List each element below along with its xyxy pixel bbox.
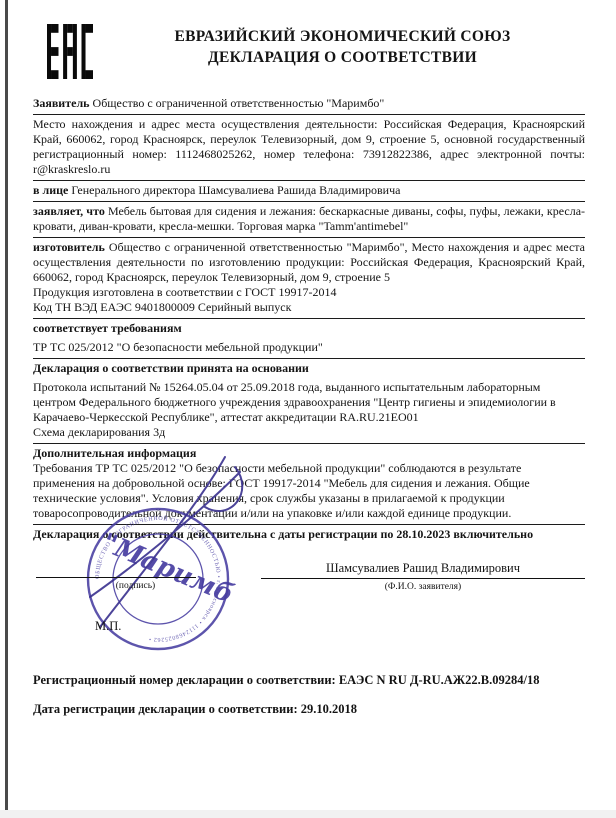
registration-date: Дата регистрации декларации о соответств… [33,702,585,717]
row-declares: заявляет, что Мебель бытовая для сидения… [33,202,585,238]
document-body: Заявитель Общество с ограниченной ответс… [33,94,585,661]
manufacturer-value: Общество с ограниченной ответственностью… [33,240,585,284]
row-validity: Декларация о соответствии действительна … [33,525,585,545]
row-applicant-address: Место нахождения и адрес места осуществл… [33,115,585,181]
complies-heading: соответствует требованиям [33,321,585,336]
declaration-document-page: ЕВРАЗИЙСКИЙ ЭКОНОМИЧЕСКИЙ СОЮЗ ДЕКЛАРАЦИ… [0,0,616,818]
additional-info-value: Требования ТР ТС 025/2012 "О безопасност… [33,461,585,521]
row-manufacturer: изготовитель Общество с ограниченной отв… [33,238,585,319]
declares-value: Мебель бытовая для сидения и лежания: бе… [33,204,585,233]
scan-left-edge [5,0,8,818]
title-declaration: ДЕКЛАРАЦИЯ О СООТВЕТСТВИИ [100,47,585,68]
person-label: в лице [33,183,68,197]
applicant-name-block: Шамсувалиев Рашид Владимирович (Ф.И.О. з… [261,561,585,595]
registration-footer: Регистрационный номер декларации о соотв… [33,673,585,717]
row-additional-info: Дополнительная информация Требования ТР … [33,444,585,525]
declares-label: заявляет, что [33,204,105,218]
person-value: Генерального директора Шамсувалиева Раши… [71,183,400,197]
signature-caption: (подпись) [88,579,183,594]
row-complies: соответствует требованиям ТР ТС 025/2012… [33,319,585,359]
seal-place-mark: М.П. [95,619,121,634]
row-applicant: Заявитель Общество с ограниченной ответс… [33,94,585,115]
manufacturer-paragraph: изготовитель Общество с ограниченной отв… [33,240,585,285]
eac-mark-icon [47,24,93,79]
applicant-value: Общество с ограниченной ответственностью… [93,96,385,110]
row-basis: Декларация о соответствии принята на осн… [33,359,585,444]
signature-area: ОБЩЕСТВО С ОГРАНИЧЕННОЙ ОТВЕТСТВЕННОСТЬЮ… [33,545,585,661]
manufactured-per-gost: Продукция изготовлена в соответствии с Г… [33,285,585,300]
applicant-full-name: Шамсувалиев Рашид Владимирович [261,561,585,578]
tnved-code: Код ТН ВЭД ЕАЭС 9401800009 Серийный выпу… [33,300,585,315]
signature-line [36,577,196,578]
applicant-label: Заявитель [33,96,90,110]
basis-heading: Декларация о соответствии принята на осн… [33,361,585,376]
registration-number: Регистрационный номер декларации о соотв… [33,673,585,688]
scan-bottom-edge [0,810,616,818]
basis-value: Протокола испытаний № 15264.05.04 от 25.… [33,380,585,425]
applicant-address-value: Место нахождения и адрес места осуществл… [33,117,585,176]
document-title: ЕВРАЗИЙСКИЙ ЭКОНОМИЧЕСКИЙ СОЮЗ ДЕКЛАРАЦИ… [100,26,585,68]
row-person: в лице Генерального директора Шамсувалие… [33,181,585,202]
additional-info-heading: Дополнительная информация [33,446,585,461]
declaration-scheme: Схема декларирования 3д [33,425,585,440]
manufacturer-label: изготовитель [33,240,105,254]
document-header: ЕВРАЗИЙСКИЙ ЭКОНОМИЧЕСКИЙ СОЮЗ ДЕКЛАРАЦИ… [0,0,616,94]
name-caption: (Ф.И.О. заявителя) [261,579,585,595]
title-union: ЕВРАЗИЙСКИЙ ЭКОНОМИЧЕСКИЙ СОЮЗ [100,26,585,47]
complies-value: ТР ТС 025/2012 "О безопасности мебельной… [33,340,585,355]
